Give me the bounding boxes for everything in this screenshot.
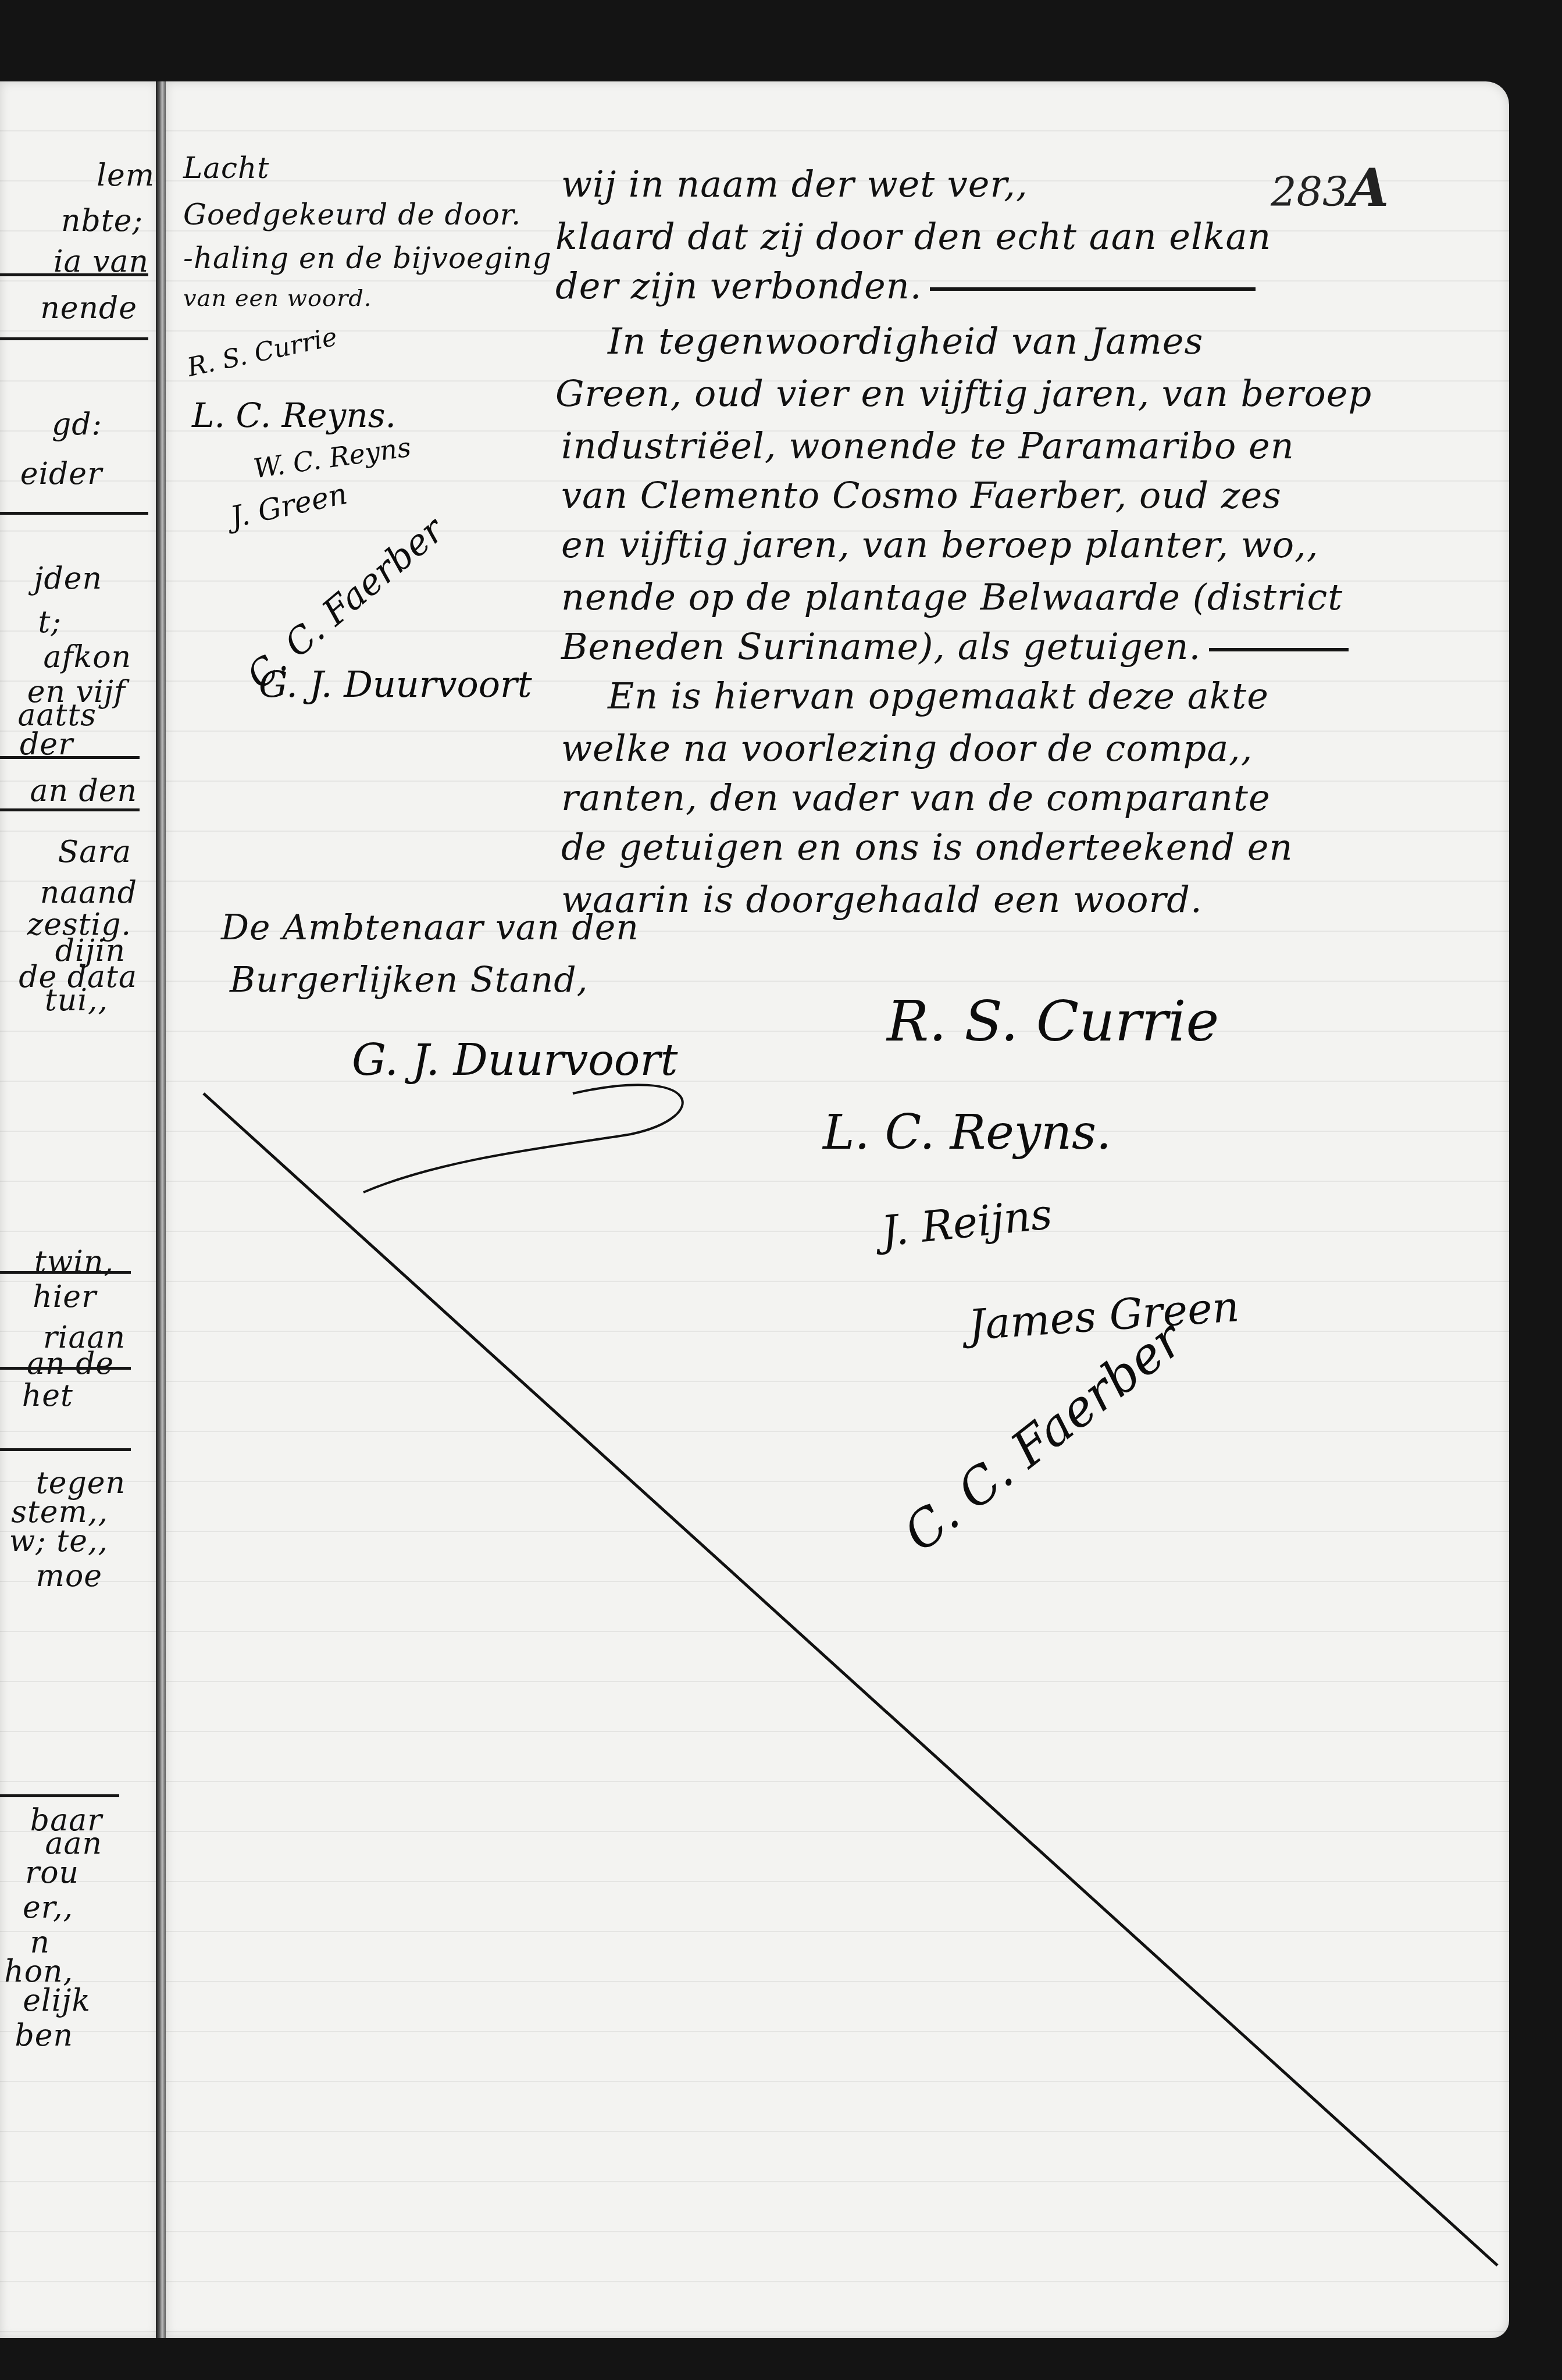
cancellation-diagonal-line: [0, 0, 1562, 2380]
